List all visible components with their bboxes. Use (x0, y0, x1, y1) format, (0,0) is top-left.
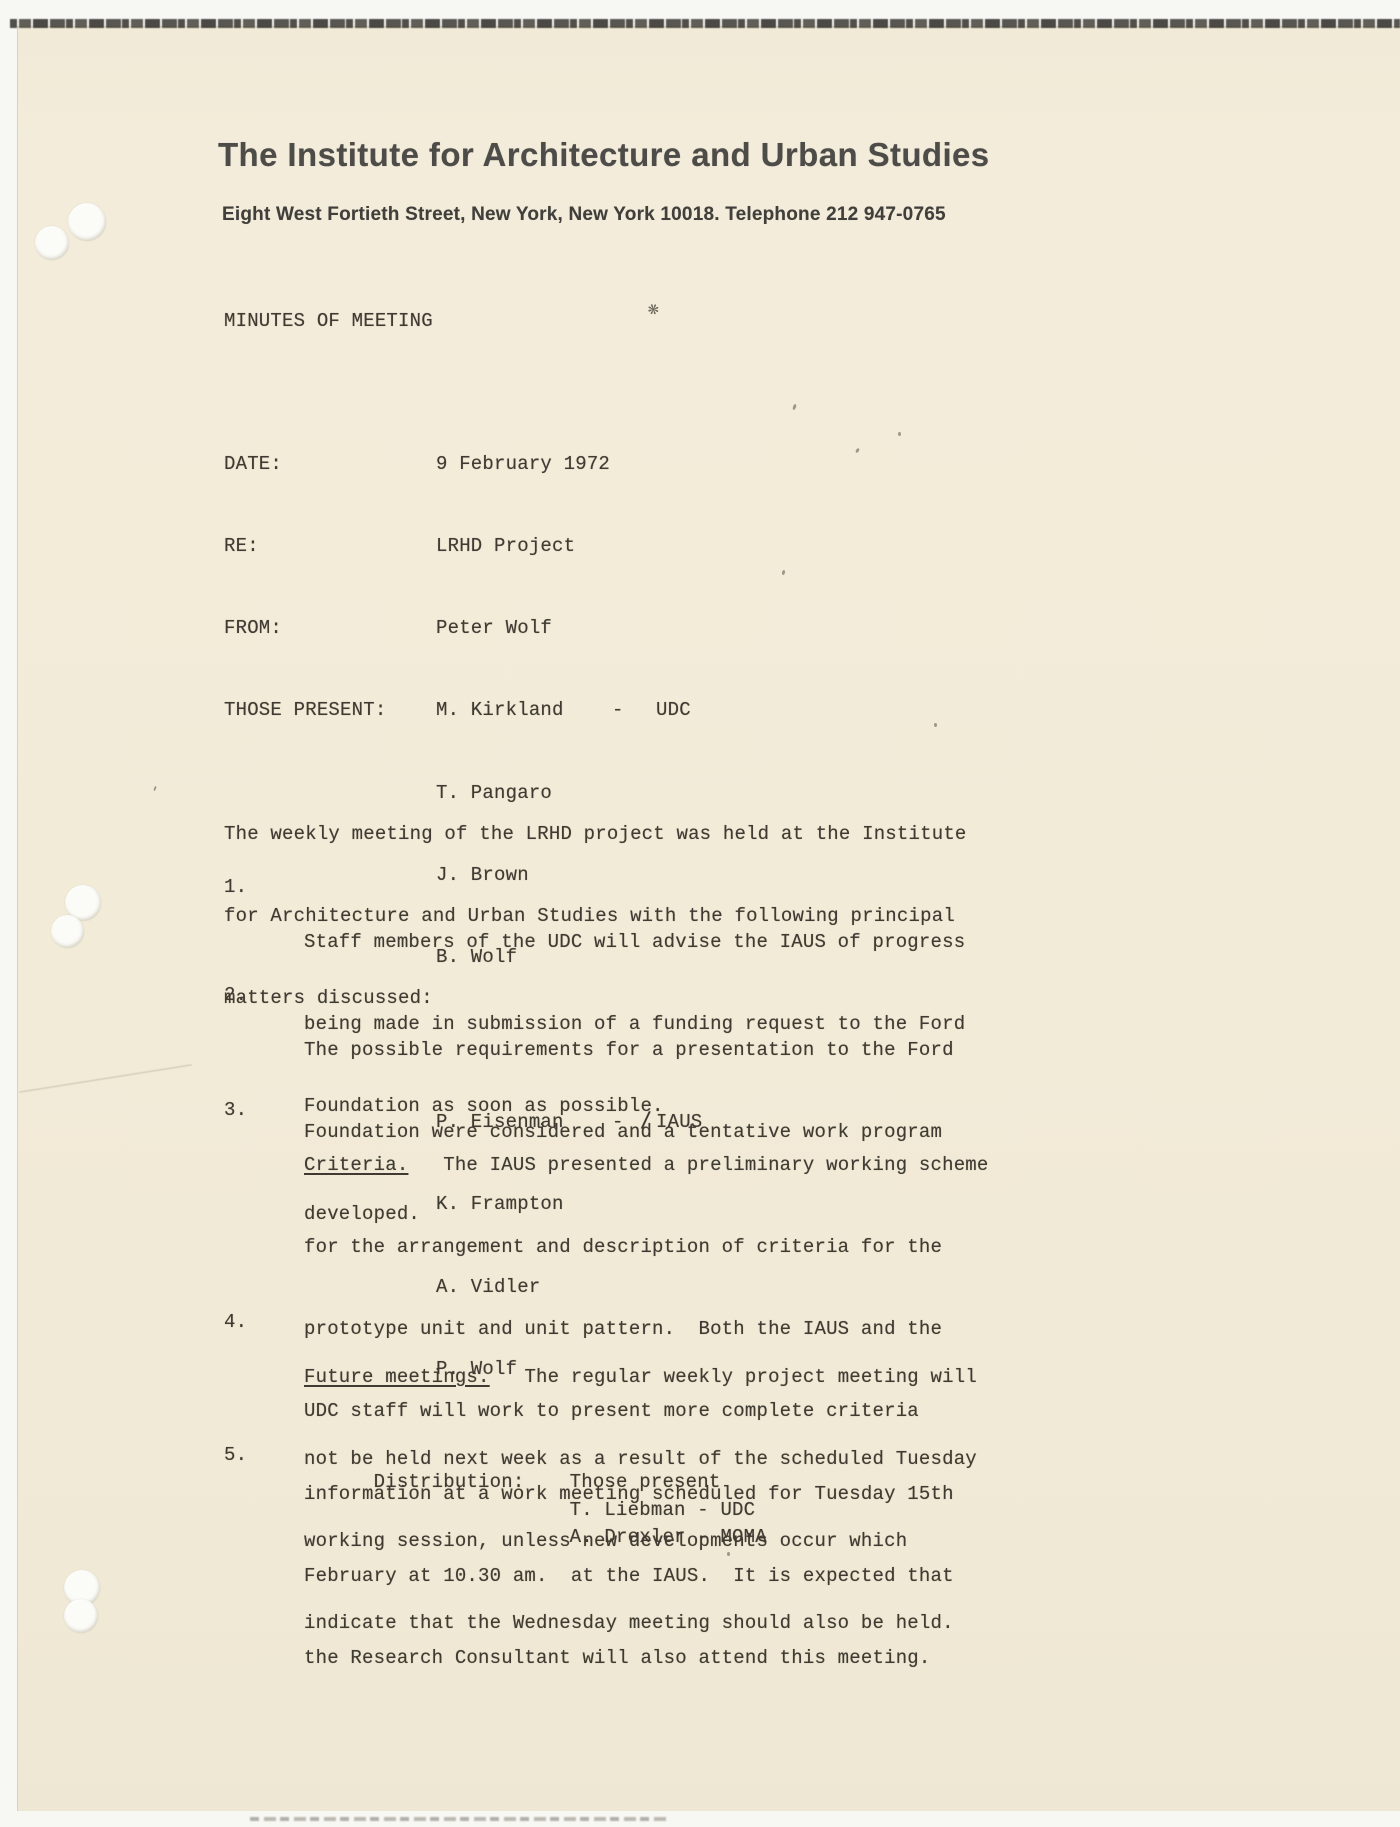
letterhead-org-name: The Institute for Architecture and Urban… (218, 136, 990, 174)
meta-value: 9 February 1972 (436, 451, 610, 478)
punch-hole (35, 226, 69, 260)
item-number: 5. (224, 1442, 304, 1579)
letterhead-address: Eight West Fortieth Street, New York, Ne… (222, 204, 946, 226)
item-first-line: Future meetings. The regular weekly proj… (304, 1364, 977, 1391)
item-term: Criteria. (304, 1154, 408, 1176)
item-line: The possible requirements for a presenta… (304, 1037, 954, 1064)
item-line: indicate that the Wednesday meeting shou… (304, 1610, 977, 1637)
distribution-label: Distribution: (374, 1469, 570, 1496)
distribution-list: Those presentT. Liebman - UDCA. Drexler … (570, 1469, 767, 1551)
intro-line: The weekly meeting of the LRHD project w… (224, 821, 967, 848)
item-term: Future meetings. (304, 1366, 490, 1388)
distribution-line: A. Drexler - MOMA (570, 1524, 767, 1551)
item-first-rest: The regular weekly project meeting will (490, 1366, 977, 1388)
meta-label: DATE: (224, 451, 436, 478)
punch-hole (51, 915, 84, 948)
distribution-line: Those present (570, 1469, 767, 1496)
punch-hole (64, 1599, 98, 1633)
meta-label: RE: (224, 533, 436, 560)
distribution-line: T. Liebman - UDC (570, 1497, 767, 1524)
scan-speckle (934, 723, 937, 727)
item-first-rest: The IAUS presented a preliminary working… (408, 1154, 988, 1176)
scan-top-edge-artifact (10, 19, 1400, 28)
meta-row-from: FROM:Peter Wolf (224, 615, 702, 642)
list-item-5: 5. Distribution:Those presentT. Liebman … (224, 1442, 767, 1579)
meta-value: Peter Wolf (436, 615, 552, 642)
meta-row-re: RE:LRHD Project (224, 533, 702, 560)
meta-row-date: DATE:9 February 1972 (224, 451, 702, 478)
item-line: Staff members of the UDC will advise the… (304, 929, 965, 956)
punch-hole (68, 203, 106, 241)
meta-label: FROM: (224, 615, 436, 642)
attendee-name: M. Kirkland (436, 697, 612, 724)
attendee-row: THOSE PRESENT:M. Kirkland-UDC (224, 697, 702, 724)
item-line: for the arrangement and description of c… (304, 1234, 989, 1261)
meta-label: THOSE PRESENT: (224, 697, 436, 724)
scanned-document: The Institute for Architecture and Urban… (0, 0, 1400, 1827)
attendee-org: UDC (656, 697, 691, 724)
item-first-line: Criteria. The IAUS presented a prelimina… (304, 1152, 989, 1179)
scan-bottom-edge-artifact (250, 1817, 670, 1821)
item-body: Distribution:Those presentT. Liebman - U… (304, 1442, 767, 1579)
scan-speckle (898, 432, 901, 436)
attendee-dash: - (612, 697, 656, 724)
meta-value: LRHD Project (436, 533, 575, 560)
scan-speckle (727, 1552, 730, 1556)
document-heading: MINUTES OF MEETING (224, 308, 433, 335)
